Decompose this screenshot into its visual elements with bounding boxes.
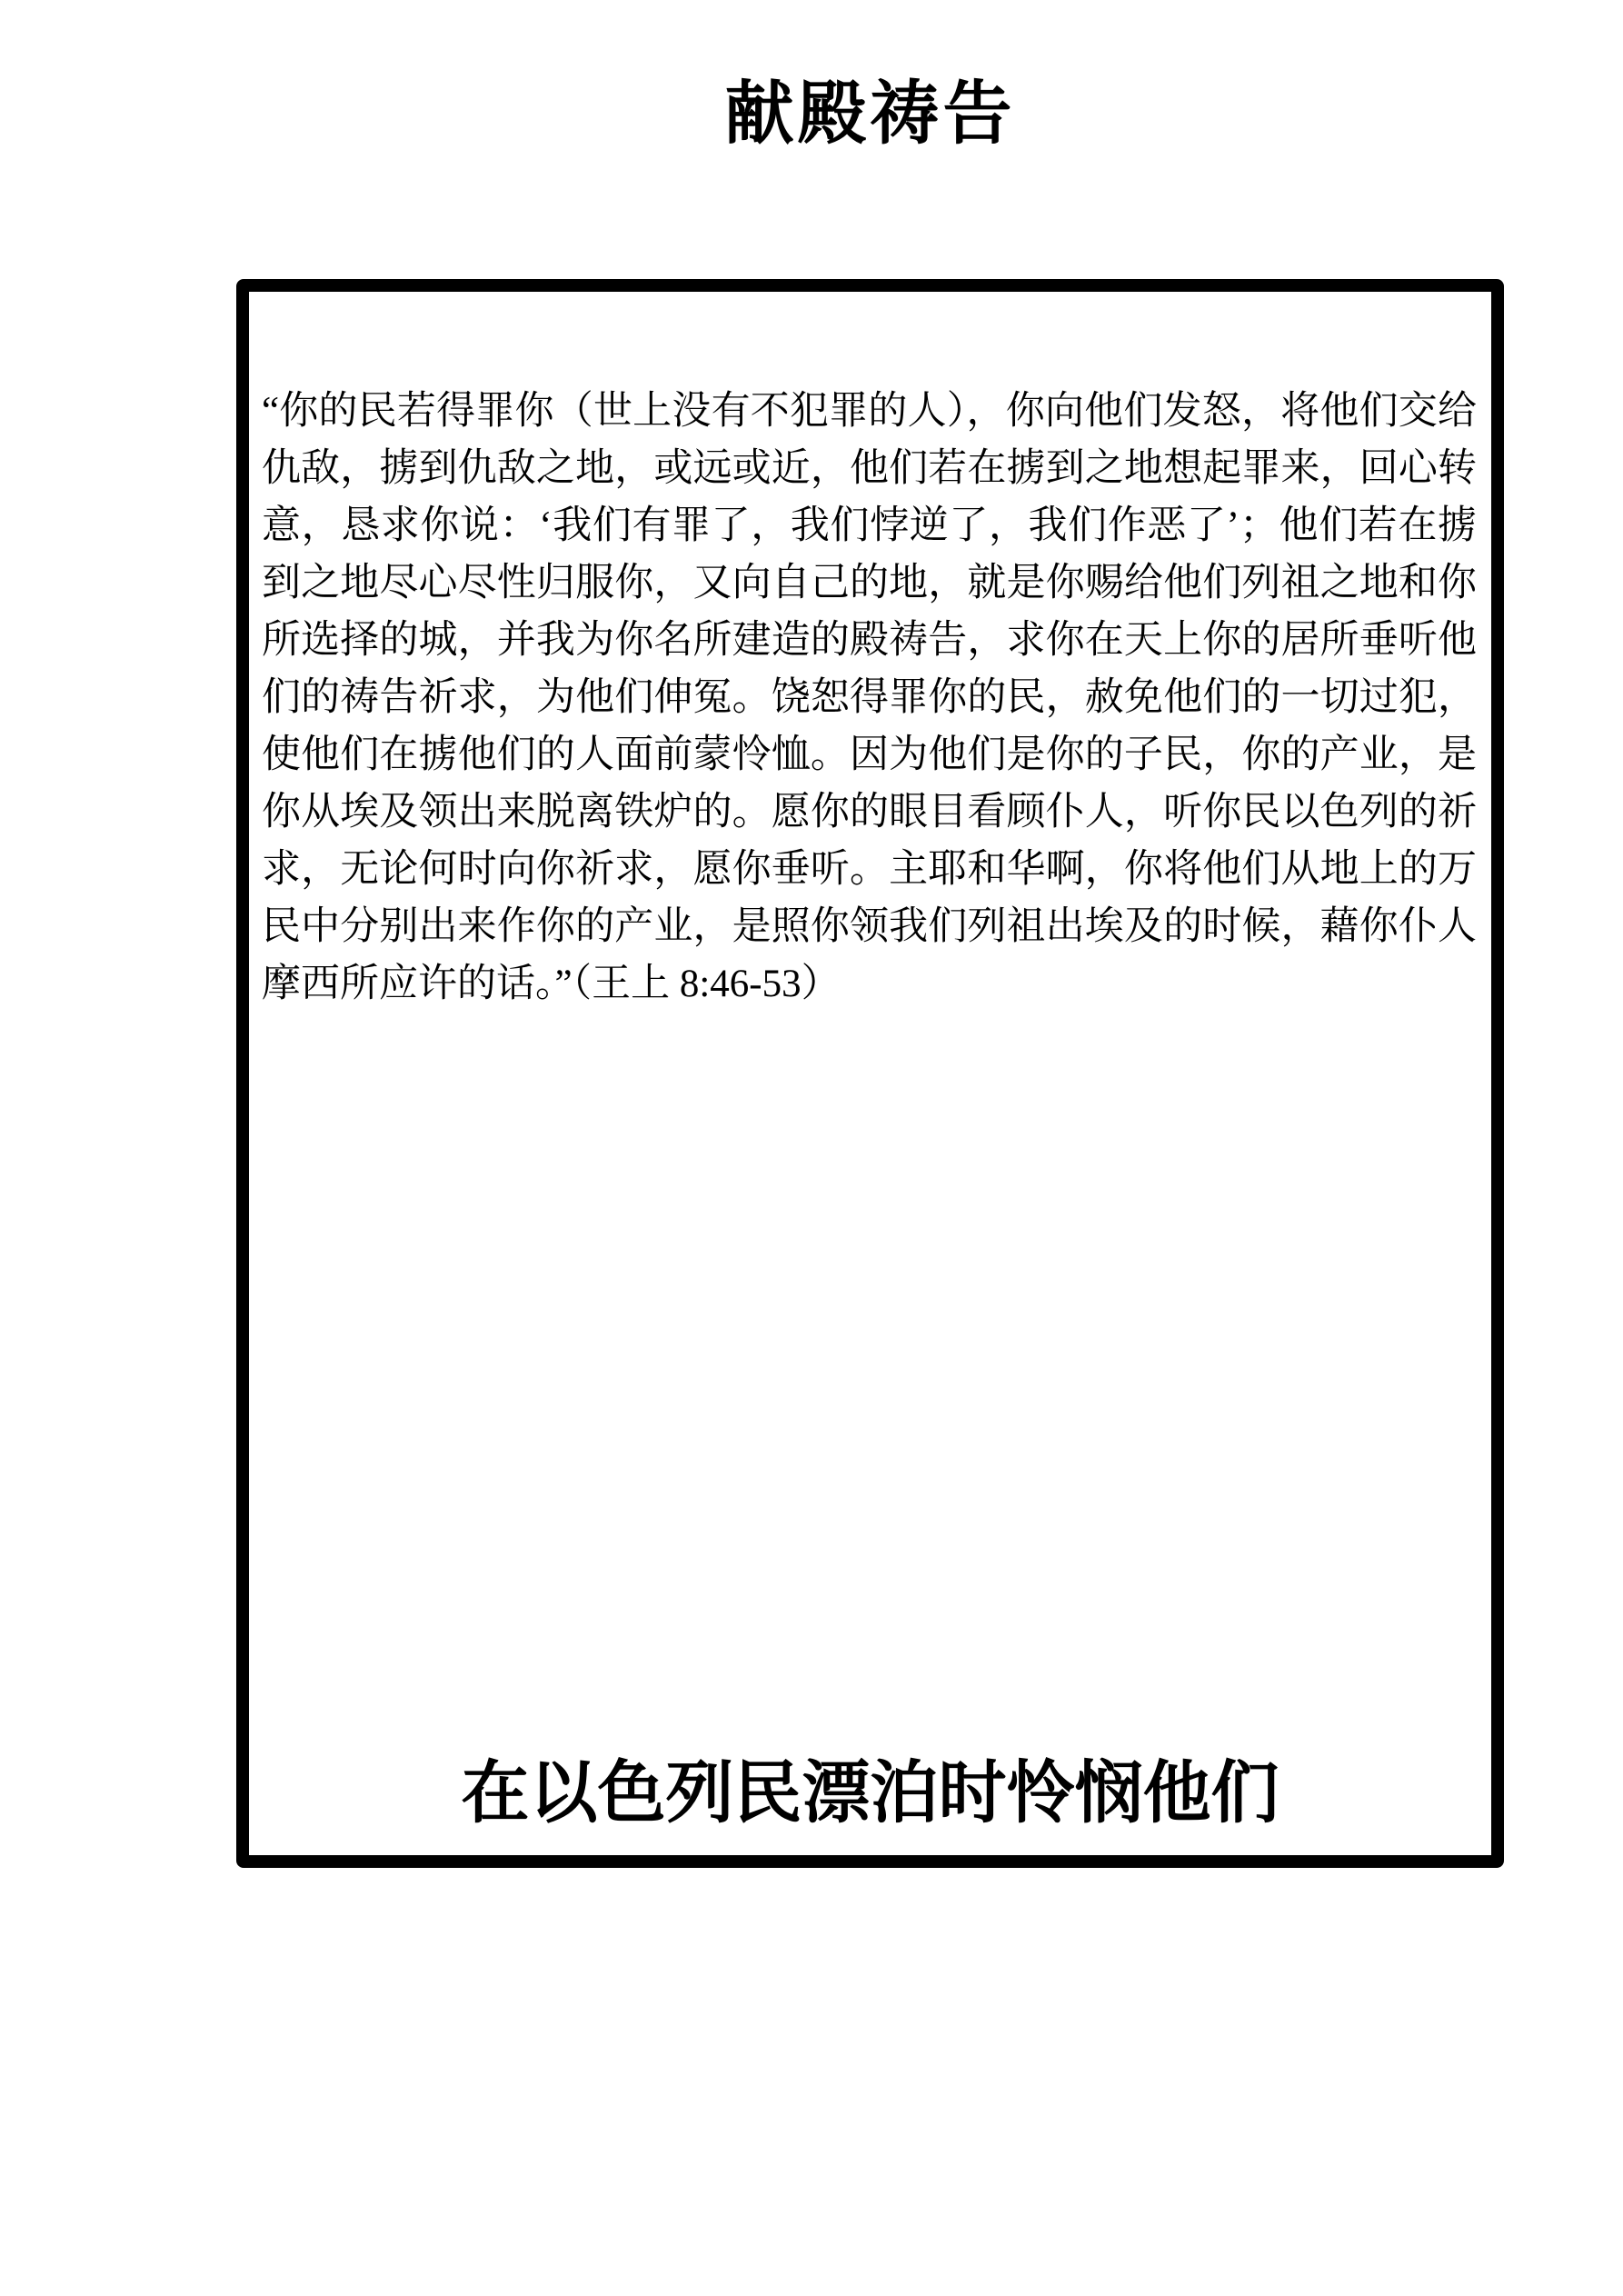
scripture-reference: （王上 8:46-53）	[573, 963, 841, 1005]
prayer-paragraph: “你的民若得罪你（世上没有不犯罪的人），你向他们发怒，将他们交给仇敌，掳到仇敌之…	[262, 383, 1477, 1013]
document-page: { "page": { "title": "献殿祷告" }, "prayer_b…	[0, 0, 1623, 2296]
prayer-text: “你的民若得罪你（世上没有不犯罪的人），你向他们发怒，将他们交给仇敌，掳到仇敌之…	[262, 390, 1477, 1005]
prayer-caption: 在以色列民漂泊时怜悯他们	[249, 1755, 1491, 1833]
prayer-box: “你的民若得罪你（世上没有不犯罪的人），你向他们发怒，将他们交给仇敌，掳到仇敌之…	[236, 279, 1504, 1868]
page-title: 献殿祷告	[236, 80, 1504, 149]
